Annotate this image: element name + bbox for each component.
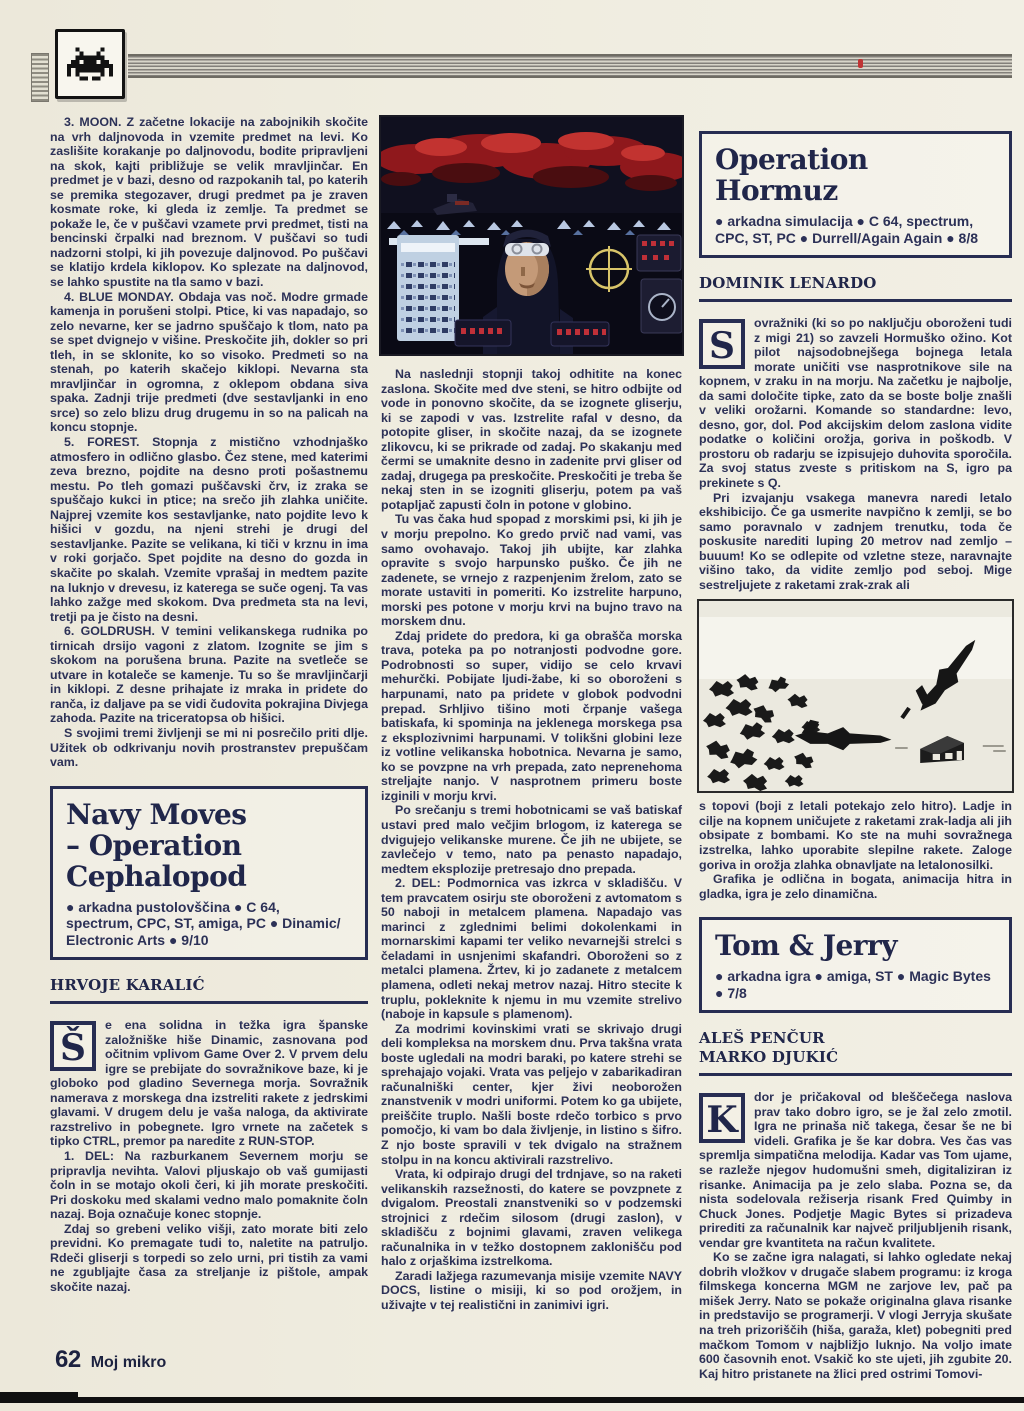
- right-column: Operation Hormuz ● arkadna simulacija ● …: [699, 115, 1012, 1381]
- drop-cap: K: [699, 1093, 745, 1143]
- review-paragraphs: Ko se začne igra nalagati, si lahko ogle…: [699, 1250, 1012, 1381]
- lede-paragraph: Kdor je pričakoval od bleščečega naslova…: [699, 1090, 1012, 1250]
- operation-hormuz-game-image: [699, 601, 1012, 791]
- review-paragraph: Ko se začne igra nalagati, si lahko ogle…: [699, 1250, 1012, 1381]
- magazine-page: 3. MOON. Z začetne lokacije na zabojniki…: [0, 0, 1024, 1411]
- walkthrough-paragraph: 3. MOON. Z začetne lokacije na zabojniki…: [50, 115, 368, 290]
- bottom-rule-wedge: [0, 1392, 78, 1403]
- middle-column: Na naslednji stopnji takoj odhitite na k…: [381, 115, 682, 1313]
- walkthrough-paragraphs: 3. MOON. Z začetne lokacije na zabojniki…: [50, 115, 368, 770]
- header-stripe-bar: [128, 54, 1012, 78]
- drop-cap: S: [699, 319, 745, 369]
- lede-text: ovražniki (ki so po naključju oboroženi …: [699, 316, 1012, 490]
- author-name: HRVOJE KARALIĆ: [50, 976, 368, 995]
- author-name: ALEŠ PENČUR: [699, 1029, 1012, 1048]
- lede-text: e ena solidna in težka igra španske zalo…: [50, 1018, 368, 1148]
- bottom-rule: [0, 1397, 1024, 1403]
- lede-text: dor je pričakoval od bleščečega naslova …: [699, 1090, 1012, 1249]
- tom-and-jerry-review-box: Tom & Jerry ● arkadna igra ● amiga, ST ●…: [699, 917, 1012, 1013]
- left-column: 3. MOON. Z začetne lokacije na zabojniki…: [50, 115, 368, 1295]
- review-paragraph: Zdaj pridete do predora, ki ga obrašča m…: [381, 629, 682, 804]
- author-byline: HRVOJE KARALIĆ: [50, 976, 368, 1004]
- navy-moves-game-image: [381, 117, 682, 354]
- review-meta-line: ● arkadna simulacija ● C 64, spectrum,: [715, 213, 997, 230]
- review-paragraphs: Grafika je odlična in bogata, animacija …: [699, 872, 1012, 901]
- review-meta-line: ● 7/8: [715, 985, 997, 1002]
- review-title: Tom & Jerry: [715, 930, 997, 961]
- review-paragraph: Tu vas čaka hud spopad z morskimi psi, k…: [381, 512, 682, 628]
- space-invader-icon: [55, 29, 125, 99]
- walkthrough-paragraph: 6. GOLDRUSH. V temini velikanskega rudni…: [50, 624, 368, 726]
- author-name: DOMINIK LENARDO: [699, 274, 1012, 293]
- author-byline: ALEŠ PENČURMARKO DJUKIĆ: [699, 1029, 1012, 1076]
- navy-moves-review-box: Navy Moves – Operation Cephalopod ● arka…: [50, 786, 368, 961]
- space-invader-glyph: [67, 47, 113, 81]
- page-footer: 62Moj mikro: [55, 1346, 166, 1374]
- review-paragraph: 1. DEL: Na razburkanem Severnem morju se…: [50, 1149, 368, 1222]
- walkthrough-paragraph: S svojimi tremi življenji se mi ni posre…: [50, 726, 368, 770]
- review-title: Operation Hormuz: [715, 144, 997, 206]
- lede-paragraph: Sovražniki (ki so po naključju oboroženi…: [699, 316, 1012, 491]
- review-paragraph: Za modrimi kovinskimi vrati se skrivajo …: [381, 1022, 682, 1167]
- page-number: 62: [55, 1346, 81, 1373]
- review-paragraph: Po srečanju s tremi hobotnicami se vaš b…: [381, 803, 682, 876]
- review-paragraph: Pri izvajanju vsakega manevra naredi let…: [699, 491, 1012, 593]
- review-meta: ● arkadna igra ● amiga, ST ● Magic Bytes…: [715, 968, 997, 1001]
- review-title-line: Cephalopod: [66, 861, 353, 892]
- author-byline: DOMINIK LENARDO: [699, 274, 1012, 302]
- right-panels: [637, 235, 682, 333]
- review-meta: ● arkadna pustolovščina ● C 64,spectrum,…: [66, 899, 353, 949]
- review-paragraph: Vrata, ki odpirajo drugi del trdnjave, s…: [381, 1167, 682, 1269]
- lede-paragraph: Še ena solidna in težka igra španske zal…: [50, 1018, 368, 1149]
- red-speck: [858, 59, 863, 68]
- review-meta-line: ● arkadna pustolovščina ● C 64,: [66, 899, 353, 916]
- review-meta-line: ● arkadna igra ● amiga, ST ● Magic Bytes: [715, 968, 997, 985]
- operation-hormuz-game-screenshot: [699, 601, 1012, 791]
- review-paragraph-continuation: s topovi (boji z letali potekajo zelo hi…: [699, 799, 1012, 872]
- review-title-line: Tom & Jerry: [715, 930, 997, 961]
- walkthrough-paragraph: 4. BLUE MONDAY. Obdaja vas noč. Modre gr…: [50, 290, 368, 435]
- review-title: Navy Moves – Operation Cephalopod: [66, 799, 353, 892]
- navy-moves-game-screenshot: [381, 117, 682, 354]
- review-meta-line: CPC, ST, PC ● Durrell/Again Again ● 8/8: [715, 230, 997, 247]
- review-paragraph: Na naslednji stopnji takoj odhitite na k…: [381, 367, 682, 512]
- header-stripe-block: [31, 53, 49, 102]
- review-title-line: Operation Hormuz: [715, 144, 997, 206]
- review-title-line: Navy Moves: [66, 799, 353, 830]
- magazine-name: Moj mikro: [91, 1354, 167, 1371]
- walkthrough-paragraph: 5. FOREST. Stopnja z mistično vzhodnjašk…: [50, 435, 368, 624]
- review-meta-line: spectrum, CPC, ST, amiga, PC ● Dinamic/: [66, 915, 353, 932]
- review-paragraph: Grafika je odlična in bogata, animacija …: [699, 872, 1012, 901]
- drop-cap: Š: [50, 1021, 96, 1071]
- review-paragraph: 2. DEL: Podmornica vas izkrca v skladišč…: [381, 876, 682, 1021]
- review-meta: ● arkadna simulacija ● C 64, spectrum,CP…: [715, 213, 997, 246]
- operation-hormuz-review-box: Operation Hormuz ● arkadna simulacija ● …: [699, 131, 1012, 258]
- review-meta-line: Electronic Arts ● 9/10: [66, 932, 353, 949]
- review-title-line: – Operation: [66, 830, 353, 861]
- review-paragraphs: 1. DEL: Na razburkanem Severnem morju se…: [50, 1149, 368, 1294]
- author-name: MARKO DJUKIĆ: [699, 1048, 1012, 1067]
- review-paragraph: Zdaj so grebeni veliko višji, zato morat…: [50, 1222, 368, 1295]
- review-paragraph: Zaradi lažjega razumevanja misije vzemit…: [381, 1269, 682, 1313]
- review-paragraphs: Na naslednji stopnji takoj odhitite na k…: [381, 367, 682, 1313]
